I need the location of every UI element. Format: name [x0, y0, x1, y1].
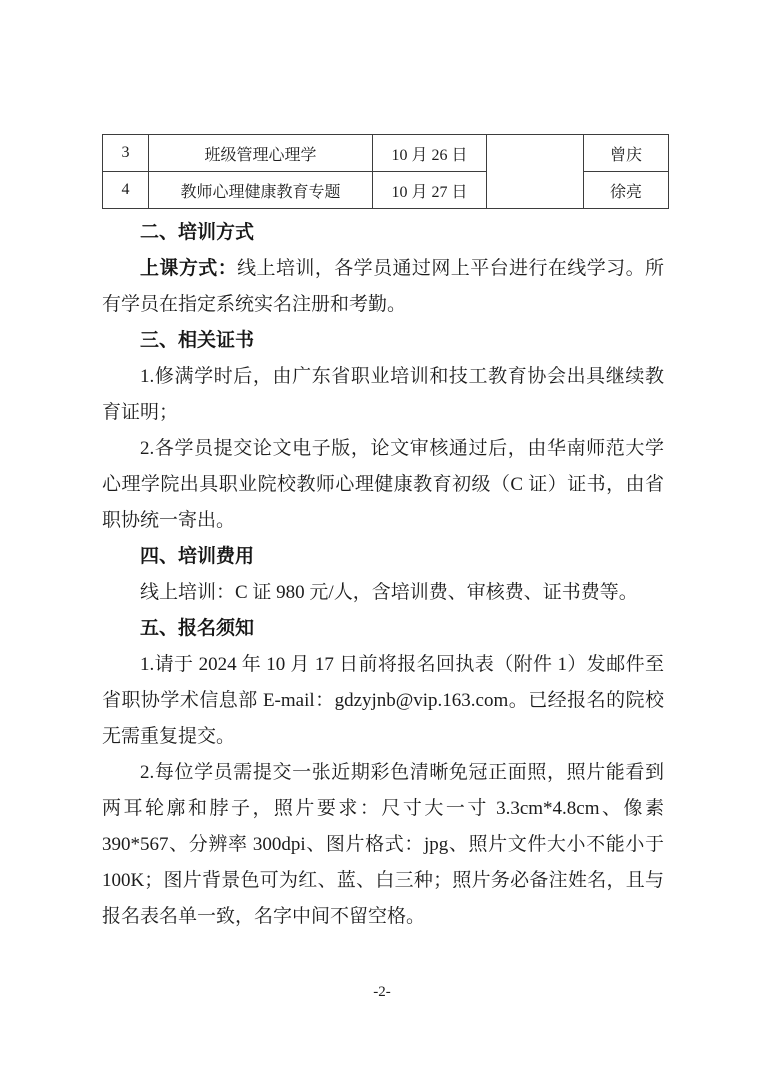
paragraph-registration-item1: 1.请于 2024 年 10 月 17 日前将报名回执表（附件 1）发邮件至省职…	[102, 647, 664, 755]
instructor-cell: 徐亮	[584, 172, 669, 209]
table-row: 4 教师心理健康教育专题 10 月 27 日 徐亮	[103, 172, 669, 209]
paragraph-registration-item2: 2.每位学员需提交一张近期彩色清晰免冠正面照，照片能看到两耳轮廓和脖子，照片要求…	[102, 755, 664, 935]
date-cell: 10 月 27 日	[373, 172, 487, 209]
paragraph-certificate-item1: 1.修满学时后，由广东省职业培训和技工教育协会出具继续教育证明；	[102, 359, 664, 431]
page-content: 3 班级管理心理学 10 月 26 日 曾庆 4 教师心理健康教育专题 10 月…	[102, 134, 664, 935]
empty-merged-cell	[487, 135, 584, 209]
row-number-cell: 4	[103, 172, 149, 209]
paragraph-training-method: 上课方式：线上培训，各学员通过网上平台进行在线学习。所有学员在指定系统实名注册和…	[102, 251, 664, 323]
course-name-cell: 班级管理心理学	[149, 135, 373, 172]
paragraph-lead-class-mode: 上课方式：	[140, 258, 237, 279]
paragraph-certificate-item2: 2.各学员提交论文电子版，论文审核通过后，由华南师范大学心理学院出具职业院校教师…	[102, 431, 664, 539]
section-heading-training-method: 二、培训方式	[102, 215, 664, 251]
section-heading-fees: 四、培训费用	[102, 539, 664, 575]
course-name-cell: 教师心理健康教育专题	[149, 172, 373, 209]
table-row: 3 班级管理心理学 10 月 26 日 曾庆	[103, 135, 669, 172]
schedule-table: 3 班级管理心理学 10 月 26 日 曾庆 4 教师心理健康教育专题 10 月…	[102, 134, 669, 209]
section-heading-registration: 五、报名须知	[102, 611, 664, 647]
date-cell: 10 月 26 日	[373, 135, 487, 172]
document-page: 3 班级管理心理学 10 月 26 日 曾庆 4 教师心理健康教育专题 10 月…	[0, 0, 764, 1080]
paragraph-fees: 线上培训：C 证 980 元/人，含培训费、审核费、证书费等。	[102, 575, 664, 611]
section-heading-certificates: 三、相关证书	[102, 323, 664, 359]
page-number: -2-	[0, 984, 764, 1001]
row-number-cell: 3	[103, 135, 149, 172]
instructor-cell: 曾庆	[584, 135, 669, 172]
